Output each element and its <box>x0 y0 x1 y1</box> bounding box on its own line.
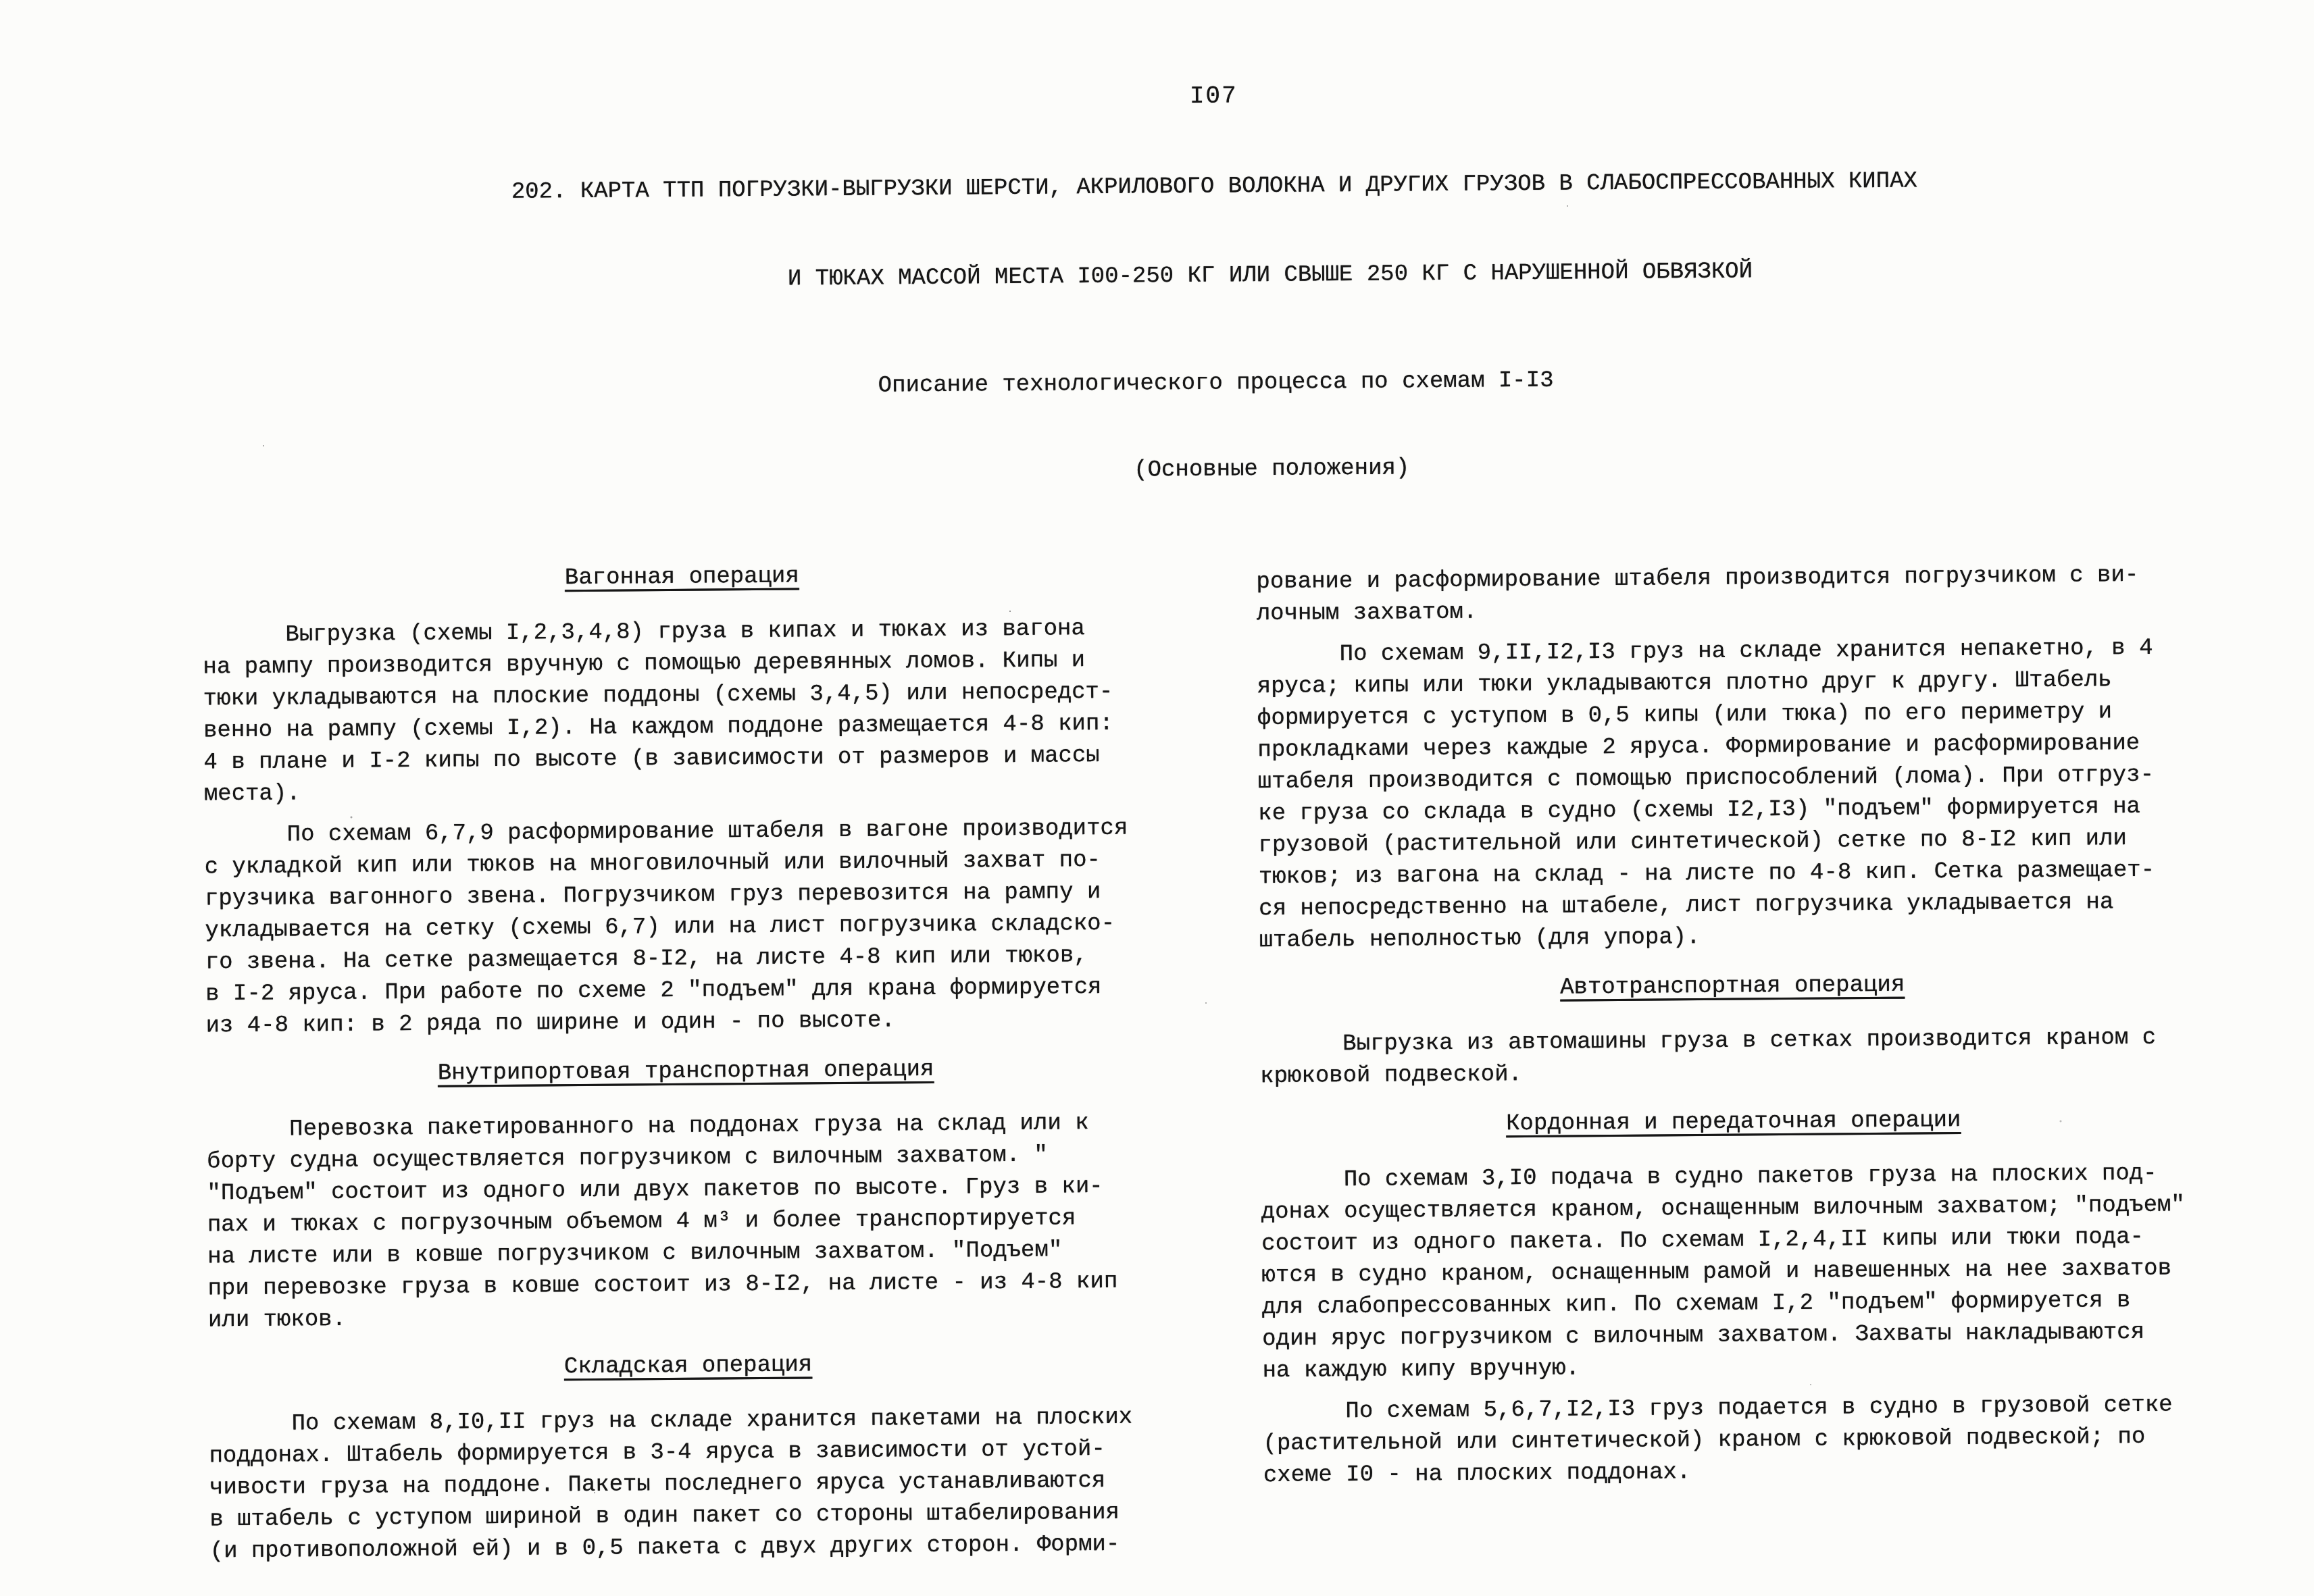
paragraph-intraport-transport: Перевозка пакетированного на поддонах гр… <box>207 1107 1168 1337</box>
page-header: I07 202. КАРТА ТТП ПОГРУЗКИ-ВЫГРУЗКИ ШЕР… <box>0 0 2313 544</box>
page-number: I07 <box>118 72 2310 120</box>
document-title-line-1: 202. КАРТА ТТП ПОГРУЗКИ-ВЫГРУЗКИ ШЕРСТИ,… <box>511 168 1917 205</box>
paragraph-schemes-6-7-9: По схемам 6,7,9 расформирование штабеля … <box>204 813 1165 1042</box>
paragraph-autotransport: Выгрузка из автомашины груза в сетках пр… <box>1260 1022 2207 1093</box>
document-subtitle: Описание технологического процесса по сх… <box>120 353 2313 543</box>
scanned-document-page: I07 202. КАРТА ТТП ПОГРУЗКИ-ВЫГРУЗКИ ШЕР… <box>0 0 2314 1596</box>
section-heading-intraport-transport-operation: Внутрипортовая транспортная операция <box>206 1052 1165 1091</box>
paragraph-wagon-unloading: Выгрузка (схемы I,2,3,4,8) груза в кипах… <box>203 613 1163 810</box>
paragraph-schemes-9-11-12-13: По схемам 9,II,I2,I3 груз на складе хран… <box>1257 632 2205 957</box>
paragraph-cordon-schemes-5-6-7-12-13: По схемам 5,6,7,I2,I3 груз подается в су… <box>1263 1389 2209 1492</box>
section-heading-cordon-transfer-operations: Кордонная и передаточная операции <box>1261 1103 2207 1142</box>
document-title-line-2: И ТЮКАХ МАССОЙ МЕСТА I00-250 КГ ИЛИ СВЫШ… <box>788 259 1753 292</box>
left-column: Вагонная операция Выгрузка (схемы I,2,3,… <box>202 558 1169 1577</box>
document-subtitle-line-2: (Основные положения) <box>1134 455 1409 483</box>
document-subtitle-line-1: Описание технологического процесса по сх… <box>878 368 1554 399</box>
section-heading-autotransport-operation: Автотранспортная операция <box>1259 967 2205 1006</box>
paragraph-warehouse-storage-continued: рование и расформирование штабеля произв… <box>1256 559 2203 630</box>
paragraph-cordon-schemes-3-10: По схемам 3,I0 подача в судно пакетов гр… <box>1261 1158 2209 1387</box>
document-title: 202. КАРТА ТТП ПОГРУЗКИ-ВЫГРУЗКИ ШЕРСТИ,… <box>118 156 2312 351</box>
paragraph-warehouse-storage: По схемам 8,I0,II груз на складе хранитс… <box>209 1401 1169 1568</box>
section-heading-wagon-operation: Вагонная операция <box>202 558 1161 597</box>
right-column: рование и расформирование штабеля произв… <box>1256 550 2209 1501</box>
page-content: I07 202. КАРТА ТТП ПОГРУЗКИ-ВЫГРУЗКИ ШЕР… <box>0 0 2314 1579</box>
section-heading-warehouse-operation: Складская операция <box>208 1347 1167 1386</box>
two-column-text: Вагонная операция Выгрузка (схемы I,2,3,… <box>0 549 2314 1579</box>
